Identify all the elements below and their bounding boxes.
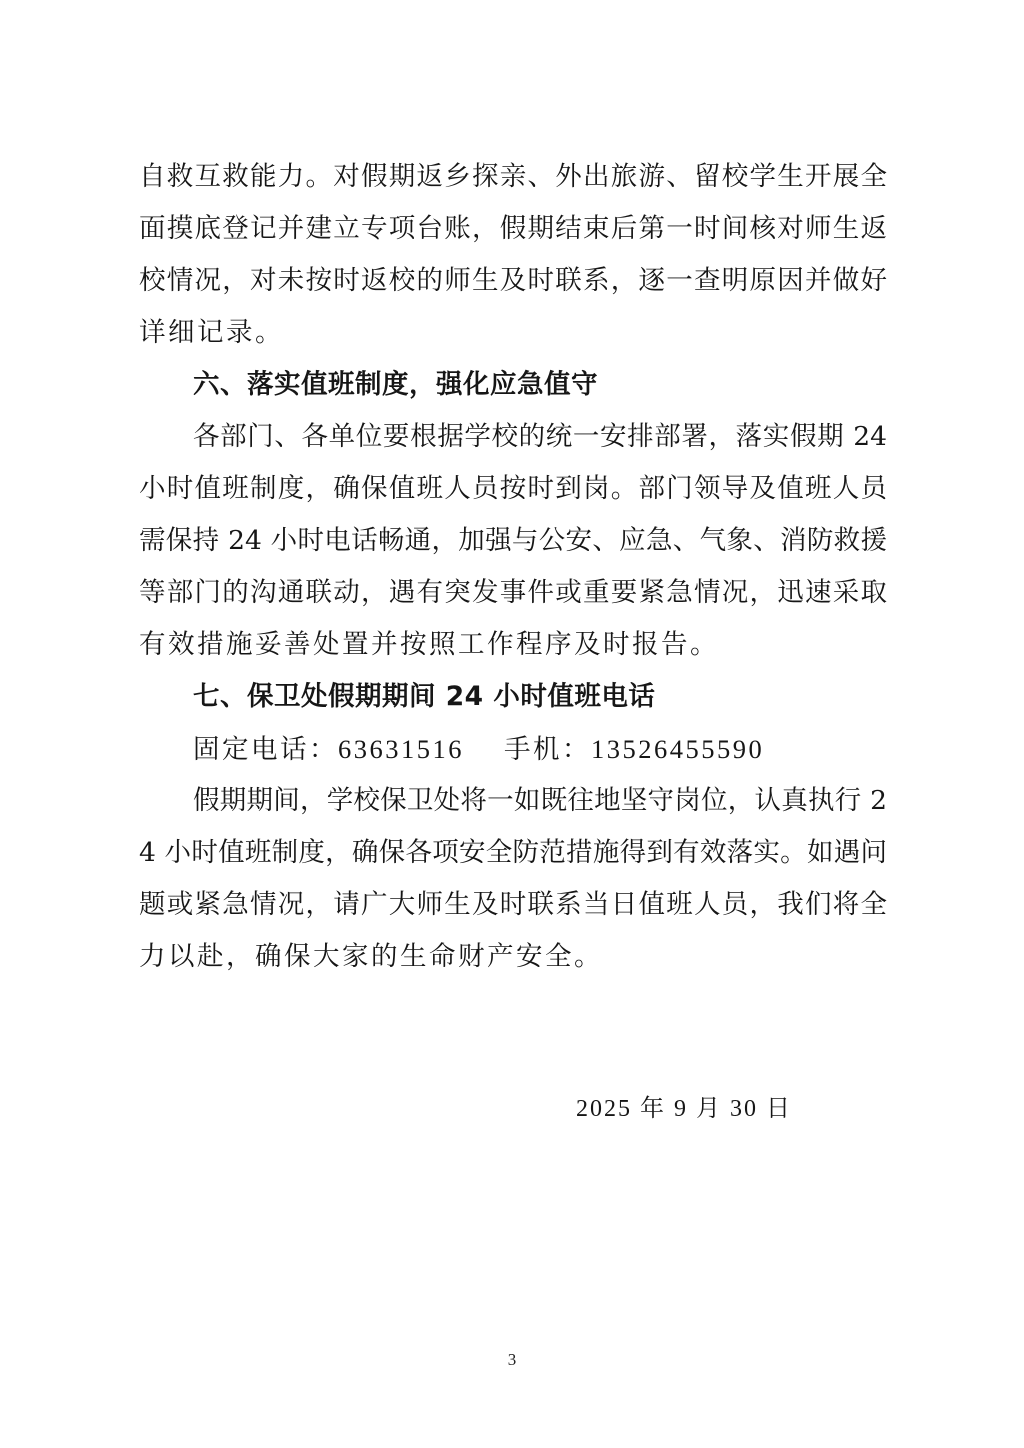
body-line: 等部门的沟通联动，遇有突发事件或重要紧急情况，迅速采取: [139, 576, 887, 610]
section-heading: 六、落实值班制度，强化应急值守: [193, 368, 887, 402]
body-line: 题或紧急情况，请广大师生及时联系当日值班人员，我们将全: [139, 888, 887, 922]
mobile-label: 手机：: [504, 734, 591, 765]
body-line: 各部门、各单位要根据学校的统一安排部署，落实假期 24: [193, 420, 887, 454]
landline-label: 固定电话：: [193, 734, 338, 765]
body-line: 需保持 24 小时电话畅通，加强与公安、应急、气象、消防救援: [139, 524, 887, 558]
landline-number: 63631516: [338, 734, 464, 764]
page-number: 3: [0, 1350, 1024, 1370]
body-line: 自救互救能力。对假期返乡探亲、外出旅游、留校学生开展全: [139, 160, 887, 194]
body-line: 面摸底登记并建立专项台账，假期结束后第一时间核对师生返: [139, 212, 887, 246]
section-heading: 七、保卫处假期期间 24 小时值班电话: [193, 680, 887, 714]
body-line: 力以赴，确保大家的生命财产安全。: [139, 940, 887, 974]
body-line: 小时值班制度，确保值班人员按时到岗。部门领导及值班人员: [139, 472, 887, 506]
body-line: 详细记录。: [139, 316, 887, 350]
document-date: 2025 年 9 月 30 日: [576, 1093, 792, 1125]
mobile-number: 13526455590: [591, 734, 764, 764]
document-page: 自救互救能力。对假期返乡探亲、外出旅游、留校学生开展全 面摸底登记并建立专项台账…: [0, 0, 1024, 1448]
body-line: 4 小时值班制度，确保各项安全防范措施得到有效落实。如遇问: [139, 836, 887, 870]
contact-line: 固定电话：63631516手机：13526455590: [193, 732, 887, 766]
body-line: 校情况，对未按时返校的师生及时联系，逐一查明原因并做好: [139, 264, 887, 298]
body-line: 假期期间，学校保卫处将一如既往地坚守岗位，认真执行 2: [193, 784, 887, 818]
body-line: 有效措施妥善处置并按照工作程序及时报告。: [139, 628, 887, 662]
